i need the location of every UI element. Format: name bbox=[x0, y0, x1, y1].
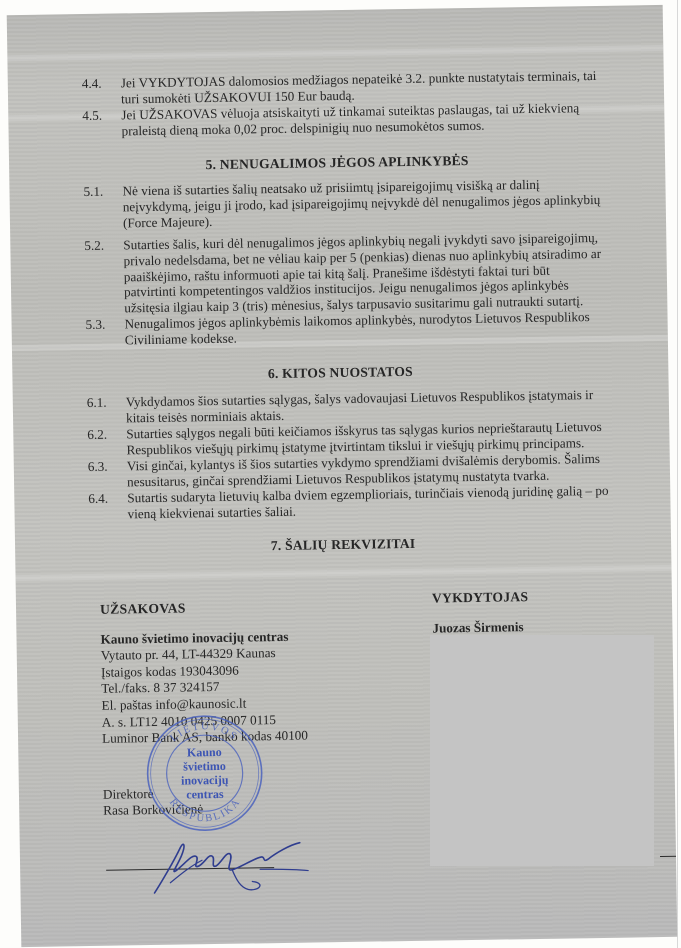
svg-text:centras: centras bbox=[186, 787, 224, 802]
clause-number: 5.2. bbox=[84, 237, 118, 253]
svg-text:Kauno: Kauno bbox=[187, 745, 222, 760]
svg-text:švietimo: švietimo bbox=[183, 759, 226, 774]
clause-number: 5.3. bbox=[85, 316, 119, 332]
section-5-heading: 5. NENUGALIMOS JĖGOS APLINKYBĖS bbox=[9, 150, 665, 176]
clause-number: 6.2. bbox=[87, 426, 121, 442]
handwritten-signature-icon bbox=[140, 828, 321, 901]
svg-text:LIETUVOS: LIETUVOS bbox=[168, 720, 240, 744]
page-edge-line bbox=[677, 0, 678, 948]
clause-5-1: 5.1. Nė viena iš sutarties šalių neatsak… bbox=[83, 175, 677, 232]
clause-number: 5.1. bbox=[83, 183, 117, 199]
section-7-heading: 7. ŠALIŲ REKVIZITAI bbox=[15, 532, 671, 558]
contractor-details: VYKDYTOJAS Juozas Širmenis bbox=[432, 589, 529, 637]
official-stamp-icon: LIETUVOS RESPUBLIKA Kauno švietimo inova… bbox=[143, 711, 267, 835]
clause-number: 4.4. bbox=[82, 76, 116, 92]
clause-number: 6.1. bbox=[87, 394, 121, 410]
redacted-contractor-details bbox=[430, 635, 654, 866]
clause-5-2: 5.2. Sutarties šalis, kuri dėl nenugalim… bbox=[84, 229, 677, 317]
clause-number: 4.5. bbox=[82, 108, 116, 124]
customer-label: UŽSAKOVAS bbox=[100, 599, 306, 619]
contractor-signature-line bbox=[660, 856, 677, 858]
clause-number: 6.3. bbox=[88, 458, 122, 474]
clause-number: 6.4. bbox=[88, 490, 122, 506]
customer-org: Kauno švietimo inovacijų centras bbox=[100, 628, 306, 648]
section-6-heading: 6. KITOS NUOSTATOS bbox=[12, 360, 668, 386]
document-viewport: 4.4. Jei VYKDYTOJAS dalomosios medžiagos… bbox=[0, 0, 681, 948]
svg-text:inovacijų: inovacijų bbox=[181, 773, 229, 788]
contractor-label: VYKDYTOJAS bbox=[432, 589, 529, 607]
